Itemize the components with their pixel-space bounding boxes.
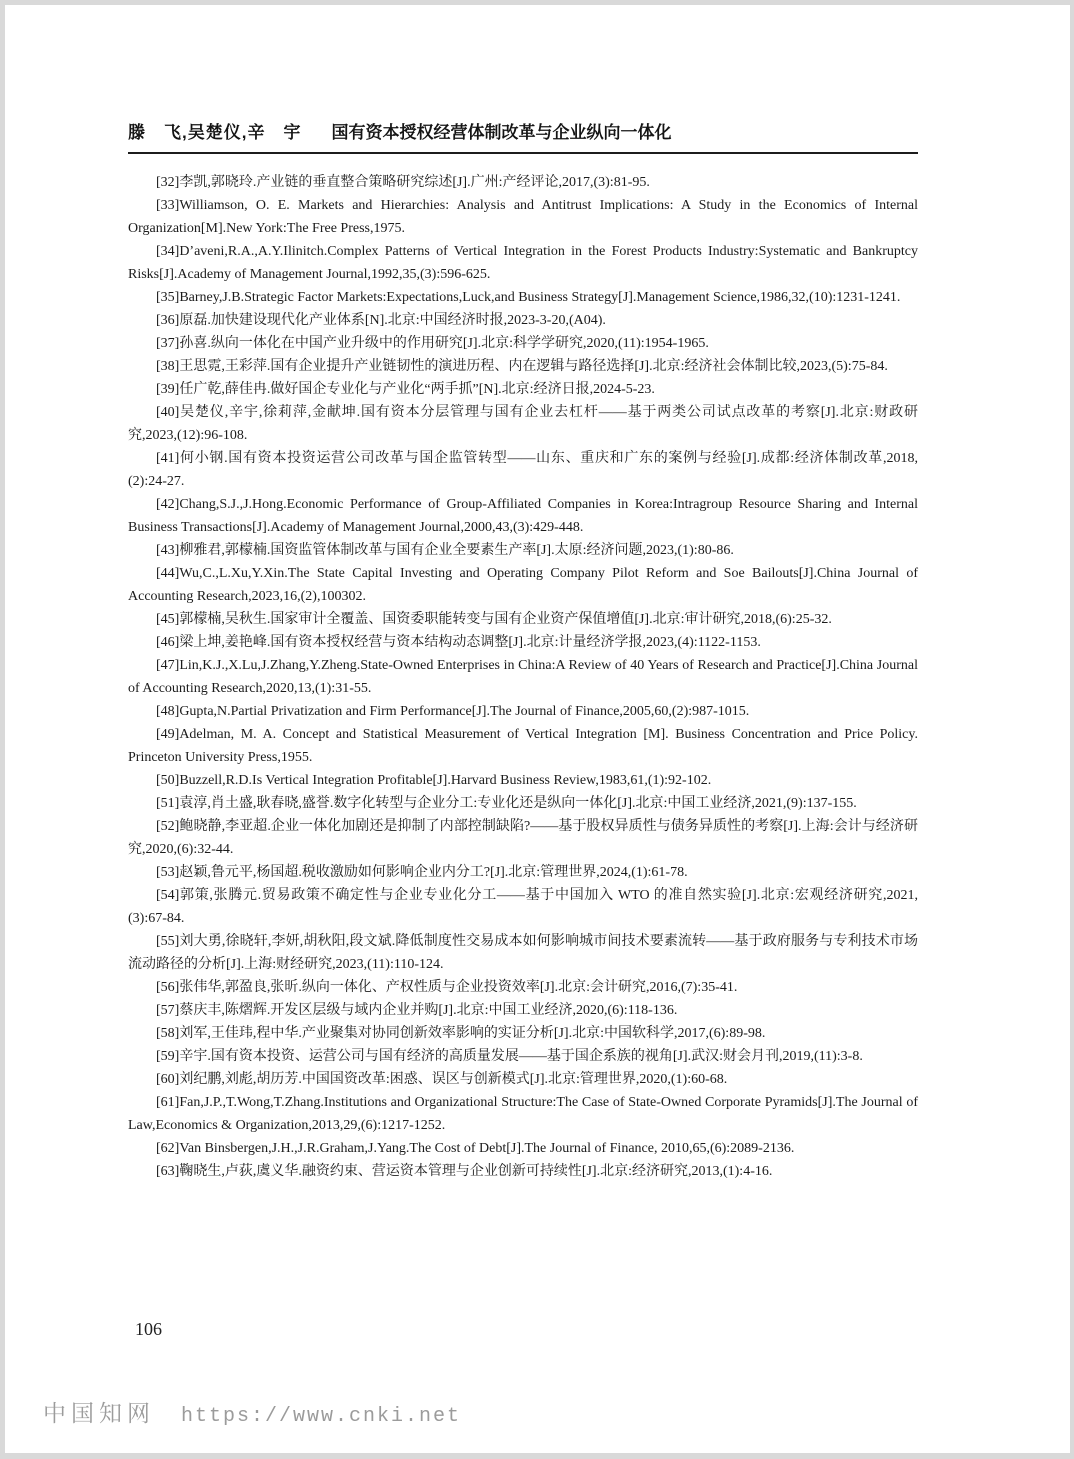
- header-authors: 滕 飞,吴楚仪,辛 宇: [128, 123, 301, 142]
- reference-item: [38]王思霓,王彩萍.国有企业提升产业链韧性的演进历程、内在逻辑与路径选择[J…: [128, 355, 918, 378]
- header-article-title: 国有资本授权经营体制改革与企业纵向一体化: [331, 123, 671, 142]
- running-header: 滕 飞,吴楚仪,辛 宇国有资本授权经营体制改革与企业纵向一体化: [128, 118, 918, 143]
- reference-item: [56]张伟华,郭盈良,张昕.纵向一体化、产权性质与企业投资效率[J].北京:会…: [128, 976, 918, 999]
- reference-item: [34]D’aveni,R.A.,A.Y.Ilinitch.Complex Pa…: [128, 240, 918, 286]
- header-divider-rule: [128, 152, 918, 154]
- reference-item: [44]Wu,C.,L.Xu,Y.Xin.The State Capital I…: [128, 562, 918, 608]
- reference-item: [39]任广乾,薛佳冉.做好国企专业化与产业化“两手抓”[N].北京:经济日报,…: [128, 378, 918, 401]
- references-list: [32]李凯,郭晓玲.产业链的垂直整合策略研究综述[J].广州:产经评论,201…: [128, 171, 918, 1183]
- cnki-watermark: 中国知网https://www.cnki.net: [43, 1395, 461, 1428]
- reference-item: [55]刘大勇,徐晓轩,李妍,胡秋阳,段文斌.降低制度性交易成本如何影响城市间技…: [128, 930, 918, 976]
- reference-item: [51]袁淳,肖土盛,耿春晓,盛誉.数字化转型与企业分工:专业化还是纵向一体化[…: [128, 792, 918, 815]
- reference-item: [53]赵颖,鲁元平,杨国超.税收激励如何影响企业内分工?[J].北京:管理世界…: [128, 861, 918, 884]
- reference-item: [49]Adelman, M. A. Concept and Statistic…: [128, 723, 918, 769]
- reference-item: [58]刘军,王佳玮,程中华.产业聚集对协同创新效率影响的实证分析[J].北京:…: [128, 1022, 918, 1045]
- paper-sheet: 滕 飞,吴楚仪,辛 宇国有资本授权经营体制改革与企业纵向一体化 [32]李凯,郭…: [5, 5, 1070, 1453]
- reference-item: [43]柳雅君,郭檬楠.国资监管体制改革与国有企业全要素生产率[J].太原:经济…: [128, 539, 918, 562]
- reference-item: [35]Barney,J.B.Strategic Factor Markets:…: [128, 286, 918, 309]
- cnki-brand-name: 中国知网: [43, 1401, 155, 1426]
- reference-item: [61]Fan,J.P.,T.Wong,T.Zhang.Institutions…: [128, 1091, 918, 1137]
- cnki-url: https://www.cnki.net: [181, 1405, 461, 1428]
- reference-item: [63]鞠晓生,卢荻,虞义华.融资约束、营运资本管理与企业创新可持续性[J].北…: [128, 1160, 918, 1183]
- reference-item: [32]李凯,郭晓玲.产业链的垂直整合策略研究综述[J].广州:产经评论,201…: [128, 171, 918, 194]
- reference-item: [62]Van Binsbergen,J.H.,J.R.Graham,J.Yan…: [128, 1137, 918, 1160]
- reference-item: [60]刘纪鹏,刘彪,胡历芳.中国国资改革:困惑、误区与创新模式[J].北京:管…: [128, 1068, 918, 1091]
- reference-item: [48]Gupta,N.Partial Privatization and Fi…: [128, 700, 918, 723]
- reference-item: [42]Chang,S.J.,J.Hong.Economic Performan…: [128, 493, 918, 539]
- reference-item: [37]孙喜.纵向一体化在中国产业升级中的作用研究[J].北京:科学学研究,20…: [128, 332, 918, 355]
- reference-item: [47]Lin,K.J.,X.Lu,J.Zhang,Y.Zheng.State-…: [128, 654, 918, 700]
- reference-item: [40]吴楚仪,辛宇,徐莉萍,金献坤.国有资本分层管理与国有企业去杠杆——基于两…: [128, 401, 918, 447]
- reference-item: [45]郭檬楠,吴秋生.国家审计全覆盖、国资委职能转变与国有企业资产保值增值[J…: [128, 608, 918, 631]
- page-number: 106: [135, 1319, 162, 1340]
- reference-item: [41]何小钢.国有资本投资运营公司改革与国企监管转型——山东、重庆和广东的案例…: [128, 447, 918, 493]
- reference-item: [57]蔡庆丰,陈熠辉.开发区层级与域内企业并购[J].北京:中国工业经济,20…: [128, 999, 918, 1022]
- reference-item: [59]辛宇.国有资本投资、运营公司与国有经济的高质量发展——基于国企系族的视角…: [128, 1045, 918, 1068]
- reference-item: [46]梁上坤,姜艳峰.国有资本授权经营与资本结构动态调整[J].北京:计量经济…: [128, 631, 918, 654]
- reference-item: [54]郭策,张腾元.贸易政策不确定性与企业专业化分工——基于中国加入 WTO …: [128, 884, 918, 930]
- reference-item: [36]原磊.加快建设现代化产业体系[N].北京:中国经济时报,2023-3-2…: [128, 309, 918, 332]
- reference-item: [33]Williamson, O. E. Markets and Hierar…: [128, 194, 918, 240]
- reference-item: [50]Buzzell,R.D.Is Vertical Integration …: [128, 769, 918, 792]
- reference-item: [52]鲍晓静,李亚超.企业一体化加剧还是抑制了内部控制缺陷?——基于股权异质性…: [128, 815, 918, 861]
